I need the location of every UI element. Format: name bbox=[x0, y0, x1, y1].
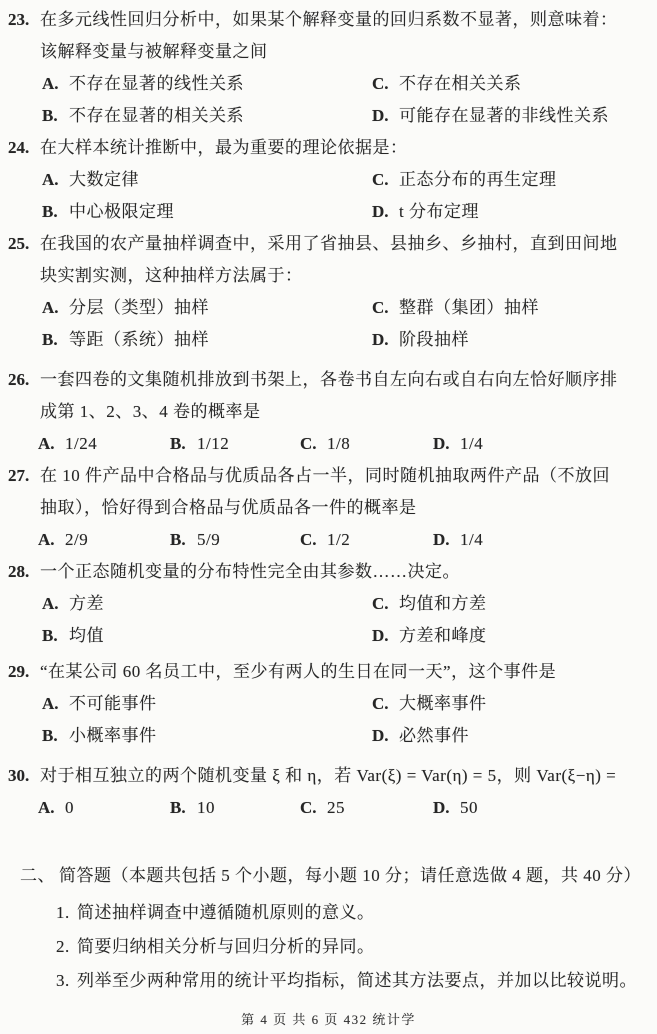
question-23: 23. 在多元线性回归分析中，如果某个解释变量的回归系数不显著，则意味着： 该解… bbox=[0, 4, 657, 132]
question-text-line1: 在大样本统计推断中，最为重要的理论依据是： bbox=[40, 132, 657, 164]
question-text-line1: 对于相互独立的两个随机变量 ξ 和 η，若 Var(ξ) = Var(η) = … bbox=[40, 760, 657, 792]
option-c: C.25 bbox=[300, 792, 433, 824]
option-a: A.分层（类型）抽样 bbox=[42, 292, 372, 324]
option-b: B.5/9 bbox=[170, 524, 300, 556]
options-29: A.不可能事件 C.大概率事件 B.小概率事件 D.必然事件 bbox=[42, 688, 657, 752]
option-text: 0 bbox=[65, 798, 74, 817]
option-label: D. bbox=[372, 196, 399, 228]
option-label: C. bbox=[372, 292, 399, 324]
option-d: D.必然事件 bbox=[372, 720, 657, 752]
option-d: D.阶段抽样 bbox=[372, 324, 657, 356]
question-number: 27. bbox=[8, 460, 29, 492]
option-text: 大数定律 bbox=[69, 170, 139, 189]
question-25: 25. 在我国的农产量抽样调查中，采用了省抽县、县抽乡、乡抽村，直到田间地 块实… bbox=[0, 228, 657, 356]
short-answer-item-2: 2.简要归纳相关分析与回归分析的异同。 bbox=[0, 930, 657, 964]
option-c: C.1/8 bbox=[300, 428, 433, 460]
option-b: B.中心极限定理 bbox=[42, 196, 372, 228]
page-footer: 第 4 页 共 6 页 432 统计学 bbox=[0, 1008, 657, 1032]
options-30: A.0 B.10 C.25 D.50 bbox=[38, 792, 657, 824]
option-text: 中心极限定理 bbox=[69, 202, 174, 221]
option-a: A.大数定律 bbox=[42, 164, 372, 196]
question-text-line1: “在某公司 60 名员工中，至少有两人的生日在同一天”，这个事件是 bbox=[40, 656, 657, 688]
question-24: 24. 在大样本统计推断中，最为重要的理论依据是： A.大数定律 C.正态分布的… bbox=[0, 132, 657, 228]
question-number: 28. bbox=[8, 556, 29, 588]
option-label: A. bbox=[38, 792, 65, 824]
option-label: B. bbox=[170, 792, 197, 824]
option-label: C. bbox=[372, 164, 399, 196]
option-d: D.50 bbox=[433, 792, 657, 824]
option-text: 1/24 bbox=[65, 434, 97, 453]
exam-page: 23. 在多元线性回归分析中，如果某个解释变量的回归系数不显著，则意味着： 该解… bbox=[0, 0, 657, 1034]
question-text-line1: 一套四卷的文集随机排放到书架上，各卷书自左向右或自右向左恰好顺序排 bbox=[40, 364, 657, 396]
options-23: A.不存在显著的线性关系 C.不存在相关关系 B.不存在显著的相关关系 D.可能… bbox=[42, 68, 657, 132]
option-label: B. bbox=[170, 524, 197, 556]
option-label: B. bbox=[42, 324, 69, 356]
option-text: 10 bbox=[197, 798, 215, 817]
option-label: C. bbox=[300, 428, 327, 460]
option-d: D.方差和峰度 bbox=[372, 620, 657, 652]
option-label: D. bbox=[433, 524, 460, 556]
option-label: A. bbox=[38, 428, 65, 460]
question-28: 28. 一个正态随机变量的分布特性完全由其参数……决定。 A.方差 C.均值和方… bbox=[0, 556, 657, 652]
option-label: A. bbox=[42, 292, 69, 324]
option-text: 2/9 bbox=[65, 530, 88, 549]
option-text: 不存在显著的相关关系 bbox=[69, 106, 244, 125]
option-label: D. bbox=[433, 792, 460, 824]
question-text-line1: 在多元线性回归分析中，如果某个解释变量的回归系数不显著，则意味着： bbox=[40, 4, 657, 36]
option-label: D. bbox=[372, 720, 399, 752]
section-two: 二、简答题（本题共包括 5 个小题，每小题 10 分；请任意选做 4 题，共 4… bbox=[0, 860, 657, 998]
option-label: A. bbox=[42, 68, 69, 100]
option-label: D. bbox=[372, 620, 399, 652]
item-number: 3. bbox=[56, 964, 70, 998]
options-28: A.方差 C.均值和方差 B.均值 D.方差和峰度 bbox=[42, 588, 657, 652]
question-number: 25. bbox=[8, 228, 29, 260]
question-number: 30. bbox=[8, 760, 29, 792]
question-text-line2: 该解释变量与被解释变量之间 bbox=[40, 36, 657, 68]
option-d: D.t 分布定理 bbox=[372, 196, 657, 228]
option-text: 1/8 bbox=[327, 434, 350, 453]
question-30: 30. 对于相互独立的两个随机变量 ξ 和 η，若 Var(ξ) = Var(η… bbox=[0, 760, 657, 824]
option-label: A. bbox=[42, 164, 69, 196]
option-c: C.1/2 bbox=[300, 524, 433, 556]
option-text: 分层（类型）抽样 bbox=[69, 298, 209, 317]
option-d: D.1/4 bbox=[433, 428, 657, 460]
question-26: 26. 一套四卷的文集随机排放到书架上，各卷书自左向右或自右向左恰好顺序排 成第… bbox=[0, 364, 657, 460]
option-label: D. bbox=[372, 100, 399, 132]
options-26: A.1/24 B.1/12 C.1/8 D.1/4 bbox=[38, 428, 657, 460]
option-b: B.小概率事件 bbox=[42, 720, 372, 752]
option-text: 1/2 bbox=[327, 530, 350, 549]
option-label: B. bbox=[42, 196, 69, 228]
options-24: A.大数定律 C.正态分布的再生定理 B.中心极限定理 D.t 分布定理 bbox=[42, 164, 657, 228]
option-text: 整群（集团）抽样 bbox=[399, 298, 539, 317]
option-a: A.方差 bbox=[42, 588, 372, 620]
option-text: 大概率事件 bbox=[399, 694, 487, 713]
option-a: A.不存在显著的线性关系 bbox=[42, 68, 372, 100]
option-label: B. bbox=[42, 620, 69, 652]
question-text-line1: 在我国的农产量抽样调查中，采用了省抽县、县抽乡、乡抽村，直到田间地 bbox=[40, 228, 657, 260]
option-label: C. bbox=[300, 792, 327, 824]
option-text: 均值 bbox=[69, 626, 104, 645]
section-number: 二、 bbox=[20, 866, 55, 885]
option-text: 正态分布的再生定理 bbox=[399, 170, 557, 189]
option-label: D. bbox=[433, 428, 460, 460]
option-label: B. bbox=[42, 100, 69, 132]
option-c: C.大概率事件 bbox=[372, 688, 657, 720]
option-label: A. bbox=[42, 588, 69, 620]
option-text: 小概率事件 bbox=[69, 726, 157, 745]
option-a: A.0 bbox=[38, 792, 170, 824]
item-text: 简述抽样调查中遵循随机原则的意义。 bbox=[77, 903, 375, 922]
option-b: B.1/12 bbox=[170, 428, 300, 460]
option-label: C. bbox=[300, 524, 327, 556]
option-text: 不存在相关关系 bbox=[399, 74, 522, 93]
option-c: C.均值和方差 bbox=[372, 588, 657, 620]
question-text-line1: 一个正态随机变量的分布特性完全由其参数……决定。 bbox=[40, 556, 657, 588]
question-number: 29. bbox=[8, 656, 29, 688]
option-text: 不存在显著的线性关系 bbox=[69, 74, 244, 93]
option-c: C.不存在相关关系 bbox=[372, 68, 657, 100]
options-25: A.分层（类型）抽样 C.整群（集团）抽样 B.等距（系统）抽样 D.阶段抽样 bbox=[42, 292, 657, 356]
option-text: 1/4 bbox=[460, 530, 483, 549]
option-b: B.均值 bbox=[42, 620, 372, 652]
option-text: 必然事件 bbox=[399, 726, 469, 745]
option-text: 阶段抽样 bbox=[399, 330, 469, 349]
option-label: B. bbox=[42, 720, 69, 752]
option-c: C.整群（集团）抽样 bbox=[372, 292, 657, 324]
option-text: 5/9 bbox=[197, 530, 220, 549]
question-29: 29. “在某公司 60 名员工中，至少有两人的生日在同一天”，这个事件是 A.… bbox=[0, 656, 657, 752]
short-answer-item-1: 1.简述抽样调查中遵循随机原则的意义。 bbox=[0, 896, 657, 930]
question-number: 23. bbox=[8, 4, 29, 36]
question-text-line2: 抽取），恰好得到合格品与优质品各一件的概率是 bbox=[40, 492, 657, 524]
option-text: 1/12 bbox=[197, 434, 229, 453]
option-text: 均值和方差 bbox=[399, 594, 487, 613]
question-27: 27. 在 10 件产品中合格品与优质品各占一半，同时随机抽取两件产品（不放回 … bbox=[0, 460, 657, 556]
option-a: A.2/9 bbox=[38, 524, 170, 556]
option-text: 25 bbox=[327, 798, 345, 817]
option-label: D. bbox=[372, 324, 399, 356]
option-text: t 分布定理 bbox=[399, 202, 479, 221]
question-text-line2: 成第 1、2、3、4 卷的概率是 bbox=[40, 396, 657, 428]
item-text: 列举至少两种常用的统计平均指标，简述其方法要点，并加以比较说明。 bbox=[77, 971, 637, 990]
option-text: 可能存在显著的非线性关系 bbox=[399, 106, 609, 125]
option-d: D.可能存在显著的非线性关系 bbox=[372, 100, 657, 132]
option-label: A. bbox=[38, 524, 65, 556]
option-label: B. bbox=[170, 428, 197, 460]
option-label: C. bbox=[372, 68, 399, 100]
option-text: 50 bbox=[460, 798, 478, 817]
question-number: 24. bbox=[8, 132, 29, 164]
item-number: 2. bbox=[56, 930, 70, 964]
option-a: A.1/24 bbox=[38, 428, 170, 460]
option-a: A.不可能事件 bbox=[42, 688, 372, 720]
option-text: 1/4 bbox=[460, 434, 483, 453]
question-text-line2: 块实割实测，这种抽样方法属于： bbox=[40, 260, 657, 292]
options-27: A.2/9 B.5/9 C.1/2 D.1/4 bbox=[38, 524, 657, 556]
option-text: 等距（系统）抽样 bbox=[69, 330, 209, 349]
option-d: D.1/4 bbox=[433, 524, 657, 556]
question-text-line1: 在 10 件产品中合格品与优质品各占一半，同时随机抽取两件产品（不放回 bbox=[40, 460, 657, 492]
short-answer-item-3: 3.列举至少两种常用的统计平均指标，简述其方法要点，并加以比较说明。 bbox=[0, 964, 657, 998]
question-number: 26. bbox=[8, 364, 29, 396]
option-b: B.不存在显著的相关关系 bbox=[42, 100, 372, 132]
option-label: A. bbox=[42, 688, 69, 720]
option-text: 方差 bbox=[69, 594, 104, 613]
section-title: 简答题（本题共包括 5 个小题，每小题 10 分；请任意选做 4 题，共 40 … bbox=[59, 866, 641, 885]
section-two-heading: 二、简答题（本题共包括 5 个小题，每小题 10 分；请任意选做 4 题，共 4… bbox=[0, 860, 657, 892]
item-text: 简要归纳相关分析与回归分析的异同。 bbox=[77, 937, 375, 956]
option-text: 方差和峰度 bbox=[399, 626, 487, 645]
item-number: 1. bbox=[56, 896, 70, 930]
option-c: C.正态分布的再生定理 bbox=[372, 164, 657, 196]
option-text: 不可能事件 bbox=[69, 694, 157, 713]
option-b: B.等距（系统）抽样 bbox=[42, 324, 372, 356]
option-label: C. bbox=[372, 688, 399, 720]
option-label: C. bbox=[372, 588, 399, 620]
option-b: B.10 bbox=[170, 792, 300, 824]
